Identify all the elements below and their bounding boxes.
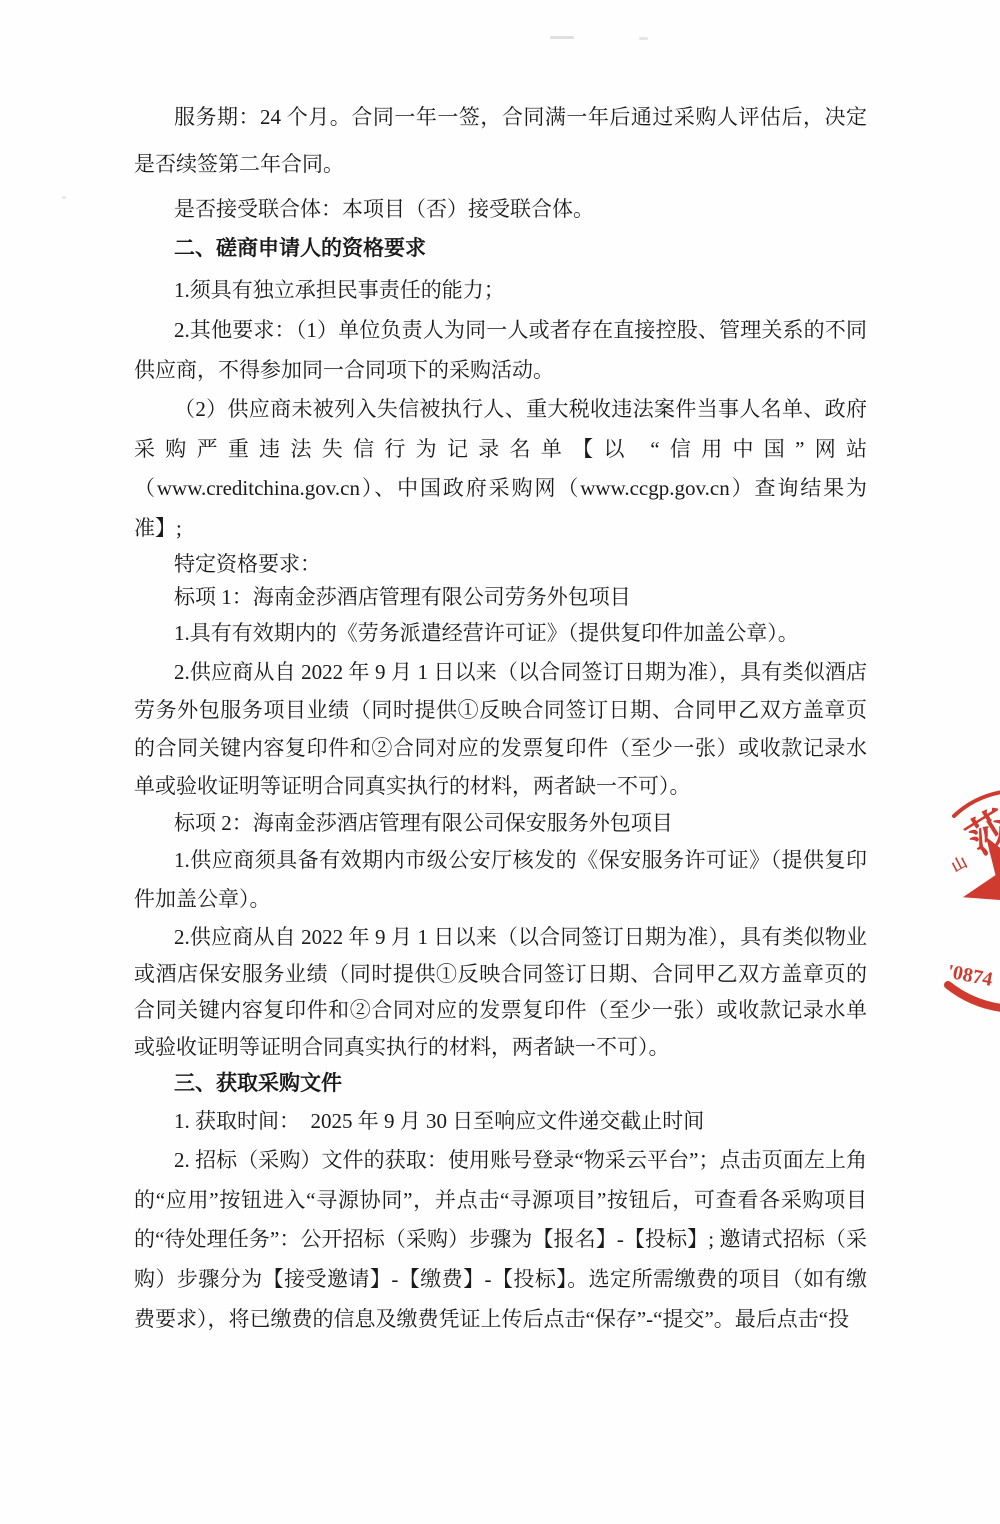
seal-number-fragment: '0874 [946, 961, 995, 991]
paragraph-lot1-title: 标项 1：海南金莎酒店管理有限公司劳务外包项目 [134, 581, 867, 614]
scan-artifact [62, 196, 66, 199]
paragraph-specific-requirements: 特定资格要求： [134, 548, 867, 581]
scan-artifact [550, 36, 574, 39]
paragraph-consortium: 是否接受联合体：本项目（否）接受联合体。 [134, 190, 867, 229]
heading-section-two: 二、磋商申请人的资格要求 [134, 229, 867, 268]
paragraph-lot2-requirement-1: 1.供应商须具备有效期内市级公安厅核发的《保安服务许可证》（提供复印件加盖公章）… [134, 841, 867, 919]
seal-bottom-arc-line [948, 985, 1000, 1008]
scan-artifact [639, 37, 648, 40]
paragraph-obtain-method: 2. 招标（采购）文件的获取：使用账号登录“物采云平台”；点击页面左上角的“应用… [134, 1141, 867, 1340]
paragraph-lot2-title: 标项 2：海南金莎酒店管理有限公司保安服务外包项目 [134, 805, 867, 841]
paragraph-service-period: 服务期：24 个月。合同一年一签，合同满一年后通过采购人评估后，决定是否续签第二… [134, 94, 867, 188]
paragraph-obtain-time: 1. 获取时间： 2025 年 9 月 30 日至响应文件递交截止时间 [134, 1101, 867, 1141]
seal-character-fragment: 山 [949, 854, 970, 876]
paragraph-qualification-other-2: （2）供应商未被列入失信被执行人、重大税收违法案件当事人名单、政府采购严重违法失… [134, 390, 867, 548]
official-seal-fragment: 莎 山 '0874 [940, 780, 1000, 1015]
seal-character: 莎 [959, 802, 1000, 865]
paragraph-qualification-other-1: 2.其他要求：（1）单位负责人为同一人或者存在直接控股、管理关系的不同供应商，不… [134, 310, 867, 390]
paragraph-lot1-requirement-1: 1.具有有效期内的《劳务派遣经营许可证》（提供复印件加盖公章）。 [134, 614, 867, 653]
paragraph-lot2-requirement-2: 2.供应商从自 2022 年 9 月 1 日以来（以合同签订日期为准），具有类似… [134, 919, 867, 1065]
seal-star-icon [963, 837, 1000, 938]
heading-section-three: 三、获取采购文件 [134, 1065, 867, 1101]
paragraph-lot1-requirement-2: 2.供应商从自 2022 年 9 月 1 日以来（以合同签订日期为准），具有类似… [134, 653, 867, 805]
document-body: 服务期：24 个月。合同一年一签，合同满一年后通过采购人评估后，决定是否续签第二… [134, 94, 867, 1340]
paragraph-qualification-basic: 1.须具有独立承担民事责任的能力； [134, 271, 867, 310]
document-page: 服务期：24 个月。合同一年一签，合同满一年后通过采购人评估后，决定是否续签第二… [0, 0, 1000, 1524]
seal-top-arc-line [954, 792, 1000, 816]
